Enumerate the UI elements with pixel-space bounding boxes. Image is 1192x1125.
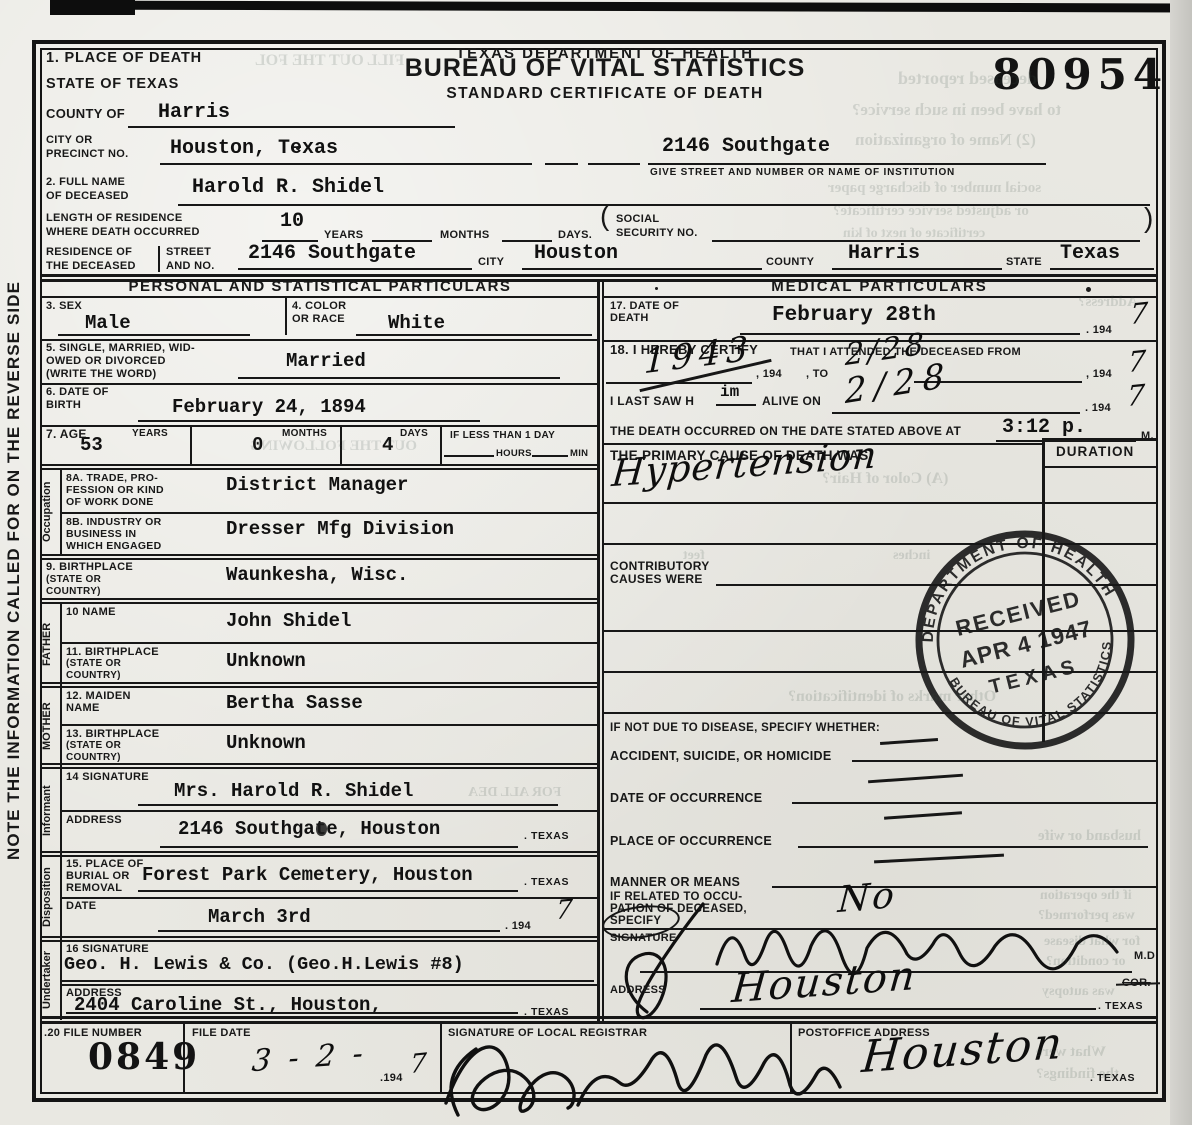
burial-date-label: DATE bbox=[66, 900, 96, 913]
birthplace-label: COUNTRY) bbox=[46, 586, 101, 599]
place-of-death-label: 1. PLACE OF DEATH bbox=[46, 52, 202, 65]
rule bbox=[238, 268, 472, 270]
bleedthrough-text: deceased reported bbox=[898, 68, 1037, 89]
year-preprint: .194 bbox=[380, 1072, 403, 1085]
burial-place-label: 15. PLACE OF bbox=[66, 858, 144, 871]
industry-label: WHICH ENGAGED bbox=[66, 540, 161, 553]
rule bbox=[42, 682, 598, 684]
year-preprint: , 194 bbox=[756, 368, 782, 381]
mother-birthplace-label: (STATE OR bbox=[66, 740, 121, 753]
mother-birthplace-value: Unknown bbox=[226, 732, 306, 754]
burial-place-value: Forest Park Cemetery, Houston bbox=[142, 864, 473, 886]
occupation-group-label: Occupation bbox=[41, 470, 59, 554]
residence-street-value: 2146 Southgate bbox=[248, 242, 416, 265]
certificate-title: STANDARD CERTIFICATE OF DEATH bbox=[405, 88, 805, 101]
rule bbox=[792, 802, 1156, 804]
residence-label: RESIDENCE OF bbox=[46, 246, 132, 259]
father-birthplace-label: COUNTRY) bbox=[66, 670, 121, 683]
rule bbox=[716, 404, 756, 406]
days-label: DAYS. bbox=[558, 229, 592, 242]
ink-speck bbox=[296, 146, 300, 150]
rule bbox=[356, 334, 592, 336]
burial-place-label: REMOVAL bbox=[66, 882, 122, 895]
county-label: COUNTY OF bbox=[46, 108, 125, 121]
rule bbox=[60, 980, 594, 982]
color-race-value: White bbox=[388, 312, 445, 334]
time-of-death-value: 3:12 p. bbox=[1002, 416, 1086, 439]
rule bbox=[1042, 438, 1156, 441]
bleedthrough-text: or condition? bbox=[1046, 954, 1125, 970]
city2-value: Houston bbox=[534, 242, 618, 265]
if-less-than-day-label: IF LESS THAN 1 DAY bbox=[450, 430, 555, 443]
rule bbox=[832, 412, 1080, 414]
rule bbox=[160, 846, 518, 848]
rule bbox=[60, 984, 598, 986]
scan-edge-shadow bbox=[1170, 0, 1192, 1125]
medical-section-title: MEDICAL PARTICULARS bbox=[603, 281, 1156, 294]
min-label: MIN bbox=[570, 448, 588, 461]
side-note: NOTE THE INFORMATION CALLED FOR ON THE R… bbox=[4, 240, 32, 900]
months-label: MONTHS bbox=[440, 229, 489, 242]
sex-label: 3. SEX bbox=[46, 300, 82, 313]
duration-label: DURATION bbox=[1056, 446, 1134, 459]
bleedthrough-text: FILL OUT THE FOL bbox=[255, 52, 404, 70]
burial-year-handwriting: 7 bbox=[555, 894, 574, 926]
texas-preprint: . TEXAS bbox=[524, 876, 569, 888]
death-occurred-label: THE DEATH OCCURRED ON THE DATE STATED AB… bbox=[610, 425, 961, 438]
rule bbox=[42, 468, 598, 470]
scan-edge-artifact bbox=[50, 0, 135, 15]
him-typed: im bbox=[720, 383, 739, 401]
color-race-label: 4. COLOR bbox=[292, 300, 346, 313]
father-name-label: 10 NAME bbox=[66, 606, 116, 619]
bleedthrough-text: certificate of next of kin bbox=[843, 226, 985, 242]
rule bbox=[60, 602, 62, 686]
physician-address-label: ADDRESS bbox=[610, 984, 666, 997]
trade-label: OF WORK DONE bbox=[66, 496, 154, 509]
bleedthrough-text: What were bbox=[1036, 1044, 1106, 1061]
ink-speck bbox=[655, 287, 658, 290]
birthplace-label: 9. BIRTHPLACE bbox=[46, 561, 133, 574]
rule bbox=[60, 897, 598, 899]
marital-label: (WRITE THE WORD) bbox=[46, 368, 157, 381]
rule bbox=[42, 936, 598, 938]
industry-label: BUSINESS IN bbox=[66, 528, 136, 541]
informant-signature-value: Mrs. Harold R. Shidel bbox=[174, 780, 413, 802]
rule bbox=[190, 425, 192, 464]
if-not-disease-label: IF NOT DUE TO DISEASE, SPECIFY WHETHER: bbox=[610, 722, 880, 735]
bleedthrough-text: to have been in such service? bbox=[852, 100, 1061, 120]
last-saw-year-handwriting: 7 bbox=[1126, 378, 1145, 413]
year-preprint: . 194 bbox=[505, 920, 531, 933]
rule bbox=[42, 851, 598, 853]
length-residence-label: LENGTH OF RESIDENCE bbox=[46, 212, 183, 225]
mother-group-label: MOTHER bbox=[41, 688, 59, 765]
city-label: CITY OR bbox=[46, 134, 93, 147]
residence-years-value: 10 bbox=[280, 210, 304, 233]
marital-value: Married bbox=[286, 350, 366, 372]
rule bbox=[42, 558, 598, 560]
rule bbox=[42, 554, 598, 556]
year-preprint: , 194 bbox=[1086, 368, 1112, 381]
file-date-label: FILE DATE bbox=[192, 1027, 251, 1040]
father-birthplace-label: (STATE OR bbox=[66, 658, 121, 671]
rule bbox=[42, 296, 598, 298]
ssn-label: SOCIAL bbox=[616, 213, 659, 226]
rule bbox=[42, 940, 598, 942]
rule bbox=[603, 296, 1156, 298]
rule bbox=[798, 846, 1148, 848]
city-value: Houston, Texas bbox=[170, 137, 338, 160]
ink-blot bbox=[316, 822, 327, 836]
rule bbox=[42, 602, 598, 604]
trade-value: District Manager bbox=[226, 474, 408, 496]
rule bbox=[128, 126, 455, 128]
ink-speck bbox=[1086, 287, 1091, 292]
birthplace-label: (STATE OR bbox=[46, 574, 101, 587]
rule bbox=[60, 686, 62, 767]
file-number-value: 0849 bbox=[88, 1036, 200, 1078]
rule bbox=[588, 163, 640, 165]
father-birthplace-value: Unknown bbox=[226, 650, 306, 672]
rule bbox=[158, 246, 160, 272]
year-preprint: . 194 bbox=[1085, 402, 1111, 415]
rule bbox=[42, 855, 598, 857]
years-label: YEARS bbox=[324, 229, 363, 242]
ssn-label: SECURITY NO. bbox=[616, 227, 698, 240]
rule bbox=[42, 767, 598, 769]
state2-value: Texas bbox=[1060, 242, 1120, 265]
rule bbox=[60, 724, 598, 726]
fullname-label: OF DECEASED bbox=[46, 190, 129, 203]
county-value: Harris bbox=[158, 101, 230, 124]
attended-to-year-handwriting: 7 bbox=[1127, 344, 1146, 379]
burial-date-value: March 3rd bbox=[208, 906, 311, 928]
age-years-label: YEARS bbox=[132, 428, 168, 441]
date-of-death-value: February 28th bbox=[772, 304, 936, 327]
marital-label: 5. SINGLE, MARRIED, WID- bbox=[46, 342, 195, 355]
date-of-death-label: DEATH bbox=[610, 312, 649, 325]
registrar-signature bbox=[428, 1015, 858, 1125]
paren-close: ) bbox=[1144, 212, 1154, 225]
rule bbox=[1050, 268, 1154, 270]
rule bbox=[238, 377, 560, 379]
rule bbox=[648, 163, 1046, 165]
rule bbox=[42, 464, 598, 466]
dob-label: BIRTH bbox=[46, 399, 81, 412]
maiden-name-label: NAME bbox=[66, 702, 100, 715]
age-years-value: 53 bbox=[80, 434, 103, 456]
father-name-value: John Shidel bbox=[226, 610, 351, 632]
maiden-name-label: 12. MAIDEN bbox=[66, 690, 131, 703]
undertaker-group-label: Undertaker bbox=[41, 942, 59, 1018]
fullname-value: Harold R. Shidel bbox=[192, 176, 384, 199]
bleedthrough-text: inches bbox=[893, 548, 930, 564]
to-label: , TO bbox=[806, 368, 828, 381]
disposition-group-label: Disposition bbox=[41, 857, 59, 938]
informant-signature-label: 14 SIGNATURE bbox=[66, 771, 149, 784]
marital-label: OWED OR DIVORCED bbox=[46, 355, 166, 368]
rule bbox=[160, 163, 532, 165]
institution-caption: GIVE STREET AND NUMBER OR NAME OF INSTIT… bbox=[650, 167, 955, 180]
bleedthrough-text: for what disease bbox=[1044, 934, 1140, 950]
rule bbox=[42, 425, 598, 427]
bleedthrough-text: the findings? bbox=[1036, 1066, 1119, 1083]
industry-label: 8B. INDUSTRY OR bbox=[66, 516, 162, 529]
rule bbox=[42, 339, 598, 341]
received-stamp: DEPARTMENT OF HEALTH BUREAU OF VITAL STA… bbox=[903, 518, 1147, 762]
dob-value: February 24, 1894 bbox=[172, 396, 366, 418]
texas-preprint: . TEXAS bbox=[524, 830, 569, 842]
personal-section-title: PERSONAL AND STATISTICAL PARTICULARS bbox=[42, 281, 598, 294]
rule bbox=[42, 274, 1156, 277]
rule bbox=[700, 1008, 1096, 1010]
paren-open: ( bbox=[600, 210, 610, 223]
dob-label: 6. DATE OF bbox=[46, 386, 109, 399]
undertaker-signature-value: Geo. H. Lewis & Co. (Geo.H.Lewis #8) bbox=[64, 954, 464, 975]
md-label: M.D bbox=[1134, 950, 1155, 963]
institution-value: 2146 Southgate bbox=[662, 135, 830, 158]
rule bbox=[545, 163, 578, 165]
bleedthrough-text: feet bbox=[683, 548, 705, 564]
rule bbox=[532, 455, 568, 457]
hours-label: HOURS bbox=[496, 448, 532, 461]
bleedthrough-text: husband or wife bbox=[1038, 828, 1141, 845]
rule bbox=[832, 268, 1002, 270]
rule bbox=[522, 268, 762, 270]
state2-label: STATE bbox=[1006, 256, 1042, 269]
father-group-label: FATHER bbox=[41, 604, 59, 684]
contributory-label: CAUSES WERE bbox=[610, 573, 703, 586]
bleedthrough-text: was autopsy bbox=[1042, 984, 1115, 1000]
residence-label: THE DECEASED bbox=[46, 260, 136, 273]
rule bbox=[138, 890, 518, 892]
county2-value: Harris bbox=[848, 242, 920, 265]
last-saw-label: I LAST SAW H bbox=[610, 395, 694, 408]
bleedthrough-text: if the operation bbox=[1040, 888, 1132, 904]
rule bbox=[138, 804, 558, 806]
bleedthrough-text: OUT THE FOLLOWING bbox=[250, 438, 417, 455]
trade-label: 8A. TRADE, PRO- bbox=[66, 472, 158, 485]
rule bbox=[42, 763, 598, 765]
alive-on-label: ALIVE ON bbox=[762, 395, 821, 408]
bureau-title: BUREAU OF VITAL STATISTICS bbox=[390, 62, 820, 75]
rule bbox=[42, 598, 598, 600]
trade-label: FESSION OR KIND bbox=[66, 484, 164, 497]
rule bbox=[603, 502, 1156, 504]
informant-address-label: ADDRESS bbox=[66, 814, 122, 827]
rule bbox=[138, 420, 480, 422]
bleedthrough-text: (A) Color of Hair? bbox=[822, 470, 948, 488]
maiden-name-value: Bertha Sasse bbox=[226, 692, 363, 714]
bleedthrough-text: Other marks of identification? bbox=[788, 688, 996, 706]
date-of-death-label: 17. DATE OF bbox=[610, 300, 679, 313]
accident-suicide-label: ACCIDENT, SUICIDE, OR HOMICIDE bbox=[610, 750, 832, 763]
scan-edge-artifact bbox=[52, 1, 1187, 13]
rule bbox=[440, 425, 442, 464]
fullname-label: 2. FULL NAME bbox=[46, 176, 125, 189]
bleedthrough-text: Address? bbox=[1078, 294, 1138, 311]
bleedthrough-text: was performed? bbox=[1038, 908, 1135, 924]
father-birthplace-label: 11. BIRTHPLACE bbox=[66, 646, 159, 659]
street-no-label: STREET bbox=[166, 246, 211, 259]
industry-value: Dresser Mfg Division bbox=[226, 518, 454, 540]
rule bbox=[58, 334, 250, 336]
place-occurrence-label: PLACE OF OCCURRENCE bbox=[610, 835, 772, 848]
death-certificate-scan: NOTE THE INFORMATION CALLED FOR ON THE R… bbox=[0, 0, 1192, 1125]
birthplace-value: Waunkesha, Wisc. bbox=[226, 564, 408, 586]
state-of-texas-label: STATE OF TEXAS bbox=[46, 78, 179, 91]
county2-label: COUNTY bbox=[766, 256, 814, 269]
rule bbox=[1042, 466, 1156, 468]
rule bbox=[285, 297, 287, 335]
sex-value: Male bbox=[85, 312, 131, 334]
date-occurrence-label: DATE OF OCCURRENCE bbox=[610, 792, 762, 805]
rule bbox=[60, 512, 598, 514]
rule bbox=[158, 930, 500, 932]
city2-label: CITY bbox=[478, 256, 504, 269]
rule bbox=[60, 810, 598, 812]
rule bbox=[42, 686, 598, 688]
street-no-label: AND NO. bbox=[166, 260, 215, 273]
informant-address-value: 2146 Southgate, Houston bbox=[178, 818, 440, 840]
texas-preprint: . TEXAS bbox=[1098, 1000, 1143, 1012]
rule bbox=[60, 642, 598, 644]
color-race-label: OR RACE bbox=[292, 313, 345, 326]
bleedthrough-text: or adjusted service certificate? bbox=[833, 203, 1029, 220]
rule bbox=[42, 383, 598, 385]
bleedthrough-text: (2) Name of organization bbox=[855, 130, 1036, 150]
city-label: PRECINCT NO. bbox=[46, 148, 128, 161]
length-residence-label: WHERE DEATH OCCURRED bbox=[46, 226, 200, 239]
informant-group-label: Informant bbox=[41, 769, 59, 853]
rule bbox=[66, 1012, 518, 1014]
rule bbox=[444, 455, 494, 457]
mother-birthplace-label: 13. BIRTHPLACE bbox=[66, 728, 159, 741]
bleedthrough-text: FOR ALL DEA bbox=[468, 785, 561, 801]
file-date-year-handwriting: 7 bbox=[409, 1048, 427, 1080]
bleedthrough-text: social number of discharge paper bbox=[828, 180, 1041, 197]
year-preprint: . 194 bbox=[1086, 324, 1112, 337]
burial-place-label: BURIAL OR bbox=[66, 870, 130, 883]
m-label: M. bbox=[1141, 430, 1154, 443]
